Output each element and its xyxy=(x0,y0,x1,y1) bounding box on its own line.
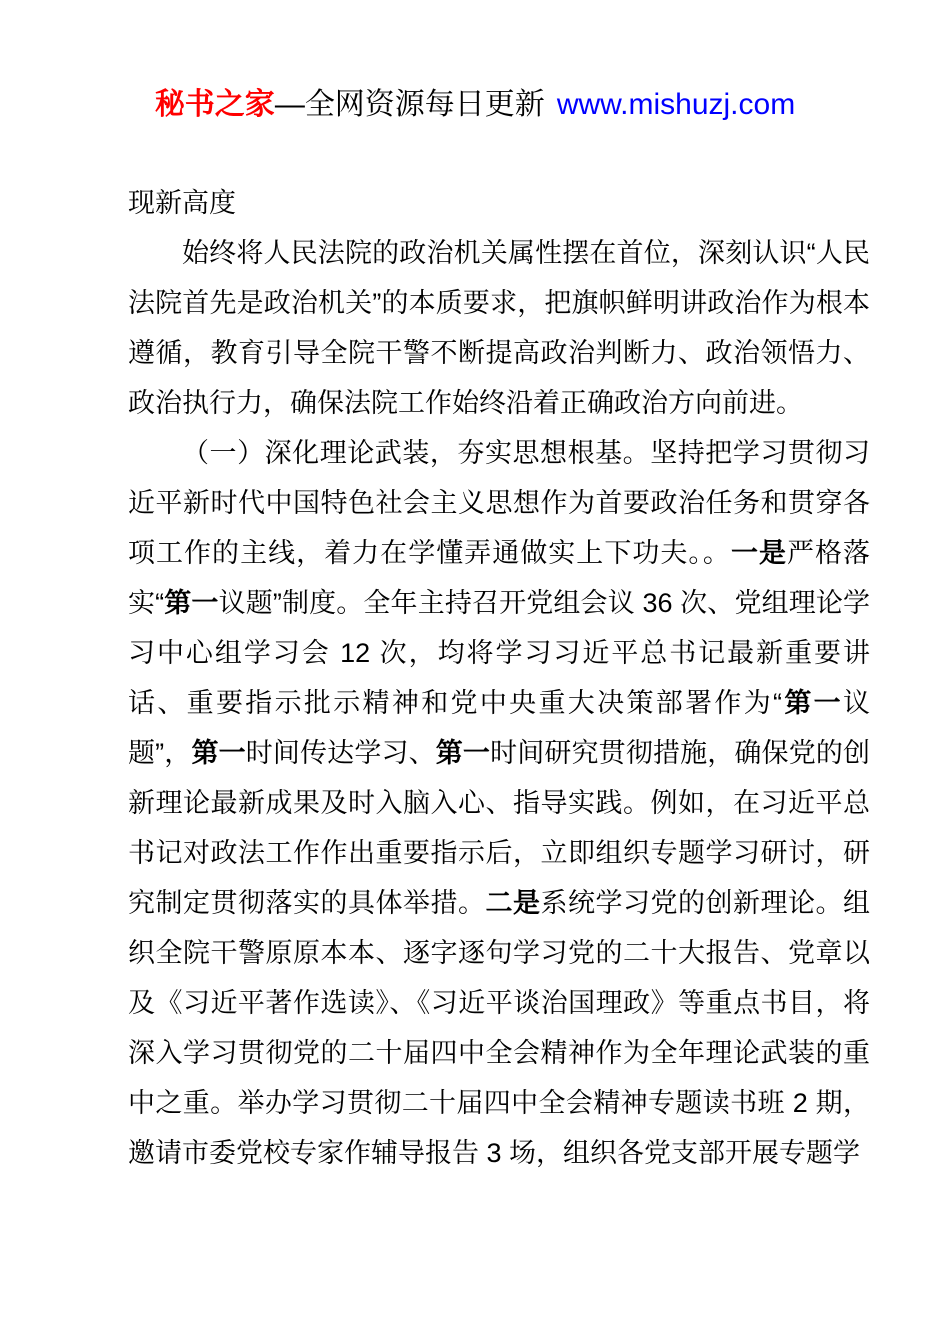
paragraph-theory-armament: （一）深化理论武装，夯实思想根基。坚持把学习贯彻习近平新时代中国特色社会主义思想… xyxy=(128,428,870,1178)
emphasis-run: 第一 xyxy=(782,688,843,718)
site-url-link[interactable]: www.mishuzj.com xyxy=(557,88,795,121)
text-run: 议题”制度。全年主持召开党组会议 36 次、党组理论学习中心组学习会 12 次，… xyxy=(128,588,870,718)
emphasis-run: 第一 xyxy=(164,588,218,618)
emphasis-run: 一是 xyxy=(731,538,787,568)
document-body: 现新高度 始终将人民法院的政治机关属性摆在首位，深刻认识“人民法院首先是政治机关… xyxy=(128,178,870,1178)
document-page: 秘书之家—全网资源每日更新www.mishuzj.com 现新高度 始终将人民法… xyxy=(0,0,950,1344)
paragraph-political-position: 始终将人民法院的政治机关属性摆在首位，深刻认识“人民法院首先是政治机关”的本质要… xyxy=(128,228,870,428)
text-run: 时间传达学习、 xyxy=(246,738,436,768)
paragraph-continuation: 现新高度 xyxy=(128,178,870,228)
text-run: 始终将人民法院的政治机关属性摆在首位，深刻认识“人民法院首先是政治机关”的本质要… xyxy=(128,238,870,418)
emphasis-run: 第一 xyxy=(191,738,245,768)
site-brand: 秘书之家 xyxy=(155,88,275,121)
site-header: 秘书之家—全网资源每日更新www.mishuzj.com xyxy=(0,86,950,124)
emphasis-run: 二是 xyxy=(486,888,541,918)
text-run: 系统学习党的创新理论。组织全院干警原原本本、逐字逐句学习党的二十大报告、党章以及… xyxy=(128,888,870,1168)
emphasis-run: 第一 xyxy=(436,738,490,768)
text-run: 现新高度 xyxy=(128,188,236,218)
site-tagline: —全网资源每日更新 xyxy=(275,88,545,121)
